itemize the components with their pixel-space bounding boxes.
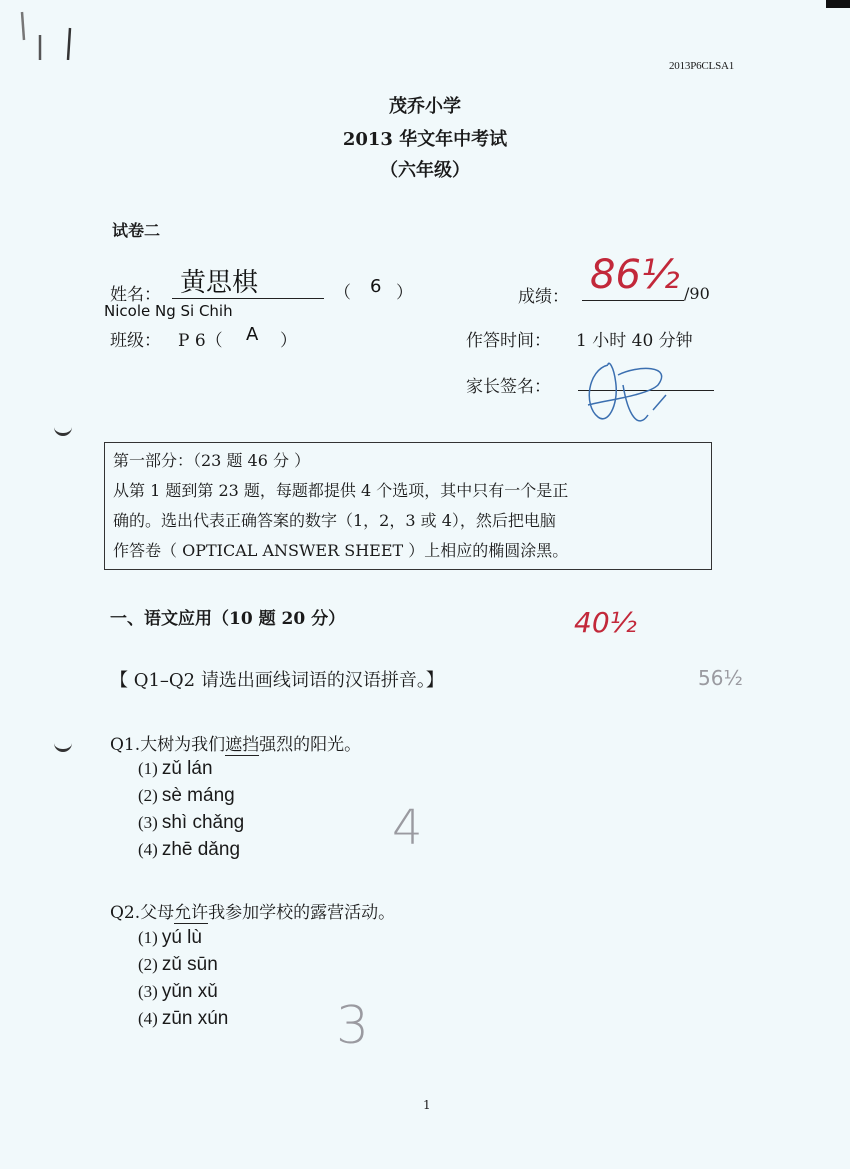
- punch-hole-mark: [54, 740, 72, 752]
- class-label: 班级：: [110, 326, 161, 351]
- index-close: ）: [396, 278, 413, 303]
- score-label: 成绩：: [518, 282, 569, 307]
- option-q1-2[interactable]: (2)sè máng: [138, 785, 235, 807]
- option-q1-3[interactable]: (3)shì chǎng: [138, 812, 244, 834]
- exam-title: 2013 华文年中考试: [0, 125, 850, 151]
- option-q2-2[interactable]: (2)zǔ sūn: [138, 954, 218, 976]
- pencil-answer-q2: 3: [336, 996, 369, 1056]
- time-label: 作答时间：: [466, 326, 551, 351]
- parent-signature-scribble: [578, 345, 688, 430]
- instruction-line: 作答卷（ OPTICAL ANSWER SHEET ）上相应的椭圆涂黑。: [113, 537, 568, 565]
- name-value: 黄思棋: [180, 268, 258, 298]
- class-suffix: ）: [280, 326, 297, 351]
- paper-number: 试卷二: [112, 218, 160, 241]
- underlined-word: 遮挡: [225, 735, 259, 756]
- score-value: 86½: [590, 252, 680, 298]
- instruction-line: 从第 1 题到第 23 题，每题都提供 4 个选项，其中只有一个是正: [113, 477, 568, 505]
- underlined-word: 允许: [174, 903, 208, 924]
- question-q1: Q1.大树为我们遮挡强烈的阳光。: [110, 730, 361, 755]
- parent-signature-label: 家长签名：: [466, 372, 551, 397]
- pencil-answer-q1: 4: [392, 800, 423, 856]
- page-number: 1: [423, 1098, 431, 1112]
- score-field[interactable]: [582, 300, 684, 301]
- paper-code: 2013P6CLSA1: [669, 60, 734, 72]
- option-q2-1[interactable]: (1)yú lù: [138, 927, 202, 949]
- option-q2-4[interactable]: (4)zūn xún: [138, 1008, 228, 1030]
- index-value[interactable]: 6: [370, 276, 381, 297]
- punch-hole-mark: [54, 424, 72, 436]
- part-one-heading: 第一部分：（23 题 46 分 ）: [113, 447, 310, 475]
- class-value[interactable]: A: [246, 324, 258, 345]
- grade-label: （六年级）: [0, 156, 850, 182]
- name-field[interactable]: 黄思棋: [172, 262, 324, 299]
- option-q1-4[interactable]: (4)zhē dǎng: [138, 839, 240, 861]
- score-total: /90: [684, 284, 710, 303]
- question-q2: Q2.父母允许我参加学校的露营活动。: [110, 898, 395, 923]
- option-q2-3[interactable]: (3)yǔn xǔ: [138, 981, 218, 1003]
- scan-edge: [826, 0, 850, 8]
- english-name: Nicole Ng Si Chih: [104, 302, 233, 320]
- class-prefix: P 6（: [178, 326, 223, 351]
- instruction-line: 确的。选出代表正确答案的数字（1，2，3 或 4），然后把电脑: [113, 507, 556, 535]
- option-q1-1[interactable]: (1)zǔ lán: [138, 758, 213, 780]
- pencil-note: 56½: [698, 666, 743, 690]
- margin-pencil-mark: [0, 0, 80, 60]
- instructions-box: 第一部分：（23 题 46 分 ） 从第 1 题到第 23 题，每题都提供 4 …: [104, 442, 712, 570]
- index-open: （: [334, 278, 351, 303]
- section-instruction: 【 Q1–Q2 请选出画线词语的汉语拼音。】: [110, 666, 444, 692]
- section-score: 40½: [574, 606, 637, 639]
- school-name: 茂乔小学: [0, 92, 850, 118]
- section-title: 一、语文应用（10 题 20 分）: [110, 604, 345, 629]
